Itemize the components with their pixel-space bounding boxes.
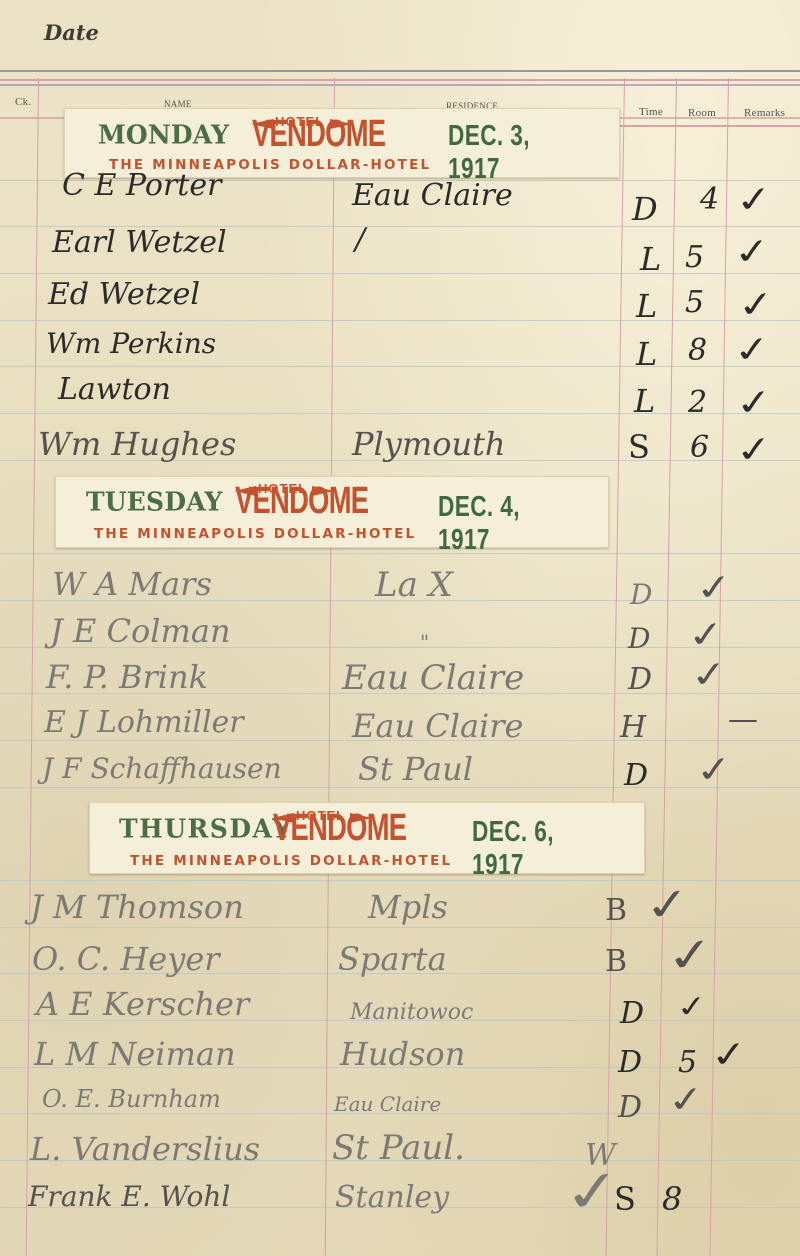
label-hotel-name: VENDOME	[273, 807, 406, 850]
entry-name: A E Kerscher	[36, 985, 249, 1023]
check-mark-icon: ✓	[731, 328, 773, 373]
entry-name: E J Lohmiller	[44, 705, 244, 740]
label-date: DEC. 4, 1917	[438, 491, 571, 557]
entry-time: B	[605, 893, 627, 928]
entry-name: O. C. Heyer	[32, 940, 220, 978]
check-mark-icon: ✓	[642, 877, 694, 932]
column-header-room: Room	[688, 107, 716, 119]
check-mark-icon: ✓	[688, 653, 730, 698]
entry-time: B	[605, 944, 627, 979]
label-hotel-name: VENDOME	[235, 480, 368, 523]
label-date: DEC. 6, 1917	[472, 816, 606, 882]
hotel-label-thursday: THURSDAY HOTEL VENDOME DEC. 6, 1917 THE …	[89, 802, 645, 874]
entry-residence: Eau Claire	[352, 707, 523, 745]
entry-residence: Eau Claire	[352, 178, 513, 213]
check-mark-icon: ✓	[693, 566, 735, 611]
entry-name: J F Schaffhausen	[42, 752, 282, 785]
check-mark-icon: ✓	[663, 927, 718, 984]
date-heading: Date	[44, 20, 99, 45]
entry-time: S	[614, 1180, 636, 1218]
label-subtitle: THE MINNEAPOLIS DOLLAR-HOTEL	[130, 853, 452, 869]
check-mark-icon: ✓	[735, 283, 777, 328]
header-rule-second	[0, 84, 800, 86]
check-mark-icon: ✓	[733, 178, 775, 223]
entry-room: 8	[662, 1180, 682, 1218]
entry-time: L	[634, 382, 655, 420]
ledger-page: Date Ck. NAME RESIDENCE Time Room Remark…	[0, 0, 800, 1256]
check-mark-icon: ✓	[733, 428, 775, 473]
entry-room: 5	[685, 240, 704, 275]
label-date: DEC. 3, 1917	[448, 120, 581, 186]
entry-residence: Sparta	[338, 940, 447, 978]
entry-room: 6	[690, 430, 709, 465]
entry-residence: Hudson	[340, 1035, 465, 1073]
entry-name: L. Vanderslius	[30, 1130, 260, 1168]
header-rule-pink	[0, 79, 800, 81]
entry-time: D	[628, 662, 652, 697]
entry-name: Earl Wetzel	[52, 225, 227, 260]
column-header-remarks: Remarks	[744, 107, 785, 119]
entry-residence: Mpls	[368, 888, 448, 926]
entry-residence: Eau Claire	[334, 1092, 441, 1116]
entry-name: L M Neiman	[34, 1035, 236, 1073]
header-rule-top	[0, 70, 800, 72]
entry-time: L	[636, 287, 657, 325]
entry-time: D	[624, 758, 648, 793]
entry-residence: Eau Claire	[342, 658, 524, 698]
entry-time: D	[630, 578, 652, 611]
entry-room: 2	[688, 385, 707, 420]
entry-time: D	[618, 1090, 642, 1125]
entry-residence: St Paul	[358, 750, 473, 788]
entry-residence: /	[355, 222, 365, 257]
entry-residence: Plymouth	[352, 425, 506, 463]
check-mark-icon: ✓	[733, 381, 775, 426]
entry-residence: Manitowoc	[350, 1000, 473, 1025]
entry-time: L	[636, 335, 657, 373]
entry-residence: La X	[375, 565, 453, 605]
check-mark-icon: ✓	[731, 230, 773, 275]
entry-room: 8	[688, 333, 707, 368]
entry-name: C E Porter	[62, 168, 221, 203]
entry-time: D	[628, 622, 650, 655]
entry-name: Ed Wetzel	[48, 277, 200, 312]
entry-name: J E Colman	[50, 612, 231, 650]
entry-name: Frank E. Wohl	[28, 1180, 230, 1213]
entry-name: Wm Hughes	[38, 425, 236, 463]
entry-time: L	[640, 240, 661, 278]
entry-time: S	[628, 428, 650, 466]
entry-name: J M Thomson	[30, 888, 244, 926]
entry-room: 4	[700, 182, 719, 217]
entry-name: Wm Perkins	[46, 327, 216, 360]
check-mark-icon: ✓	[674, 988, 709, 1025]
entry-time: D	[618, 1045, 642, 1080]
check-mark-icon: ✓	[693, 748, 735, 793]
entry-residence: Stanley	[335, 1180, 449, 1215]
remark-dash: —	[728, 702, 758, 737]
entry-room: 5	[678, 1045, 697, 1080]
name-column-rule	[325, 78, 335, 1256]
entry-name: W A Mars	[52, 565, 212, 603]
label-day: MONDAY	[98, 119, 229, 149]
label-day: THURSDAY	[119, 813, 292, 843]
ck-column-rule	[26, 78, 39, 1256]
entry-residence: "	[420, 630, 429, 654]
header-rule-right	[620, 125, 800, 127]
entry-time: H	[620, 710, 646, 745]
entry-name: Lawton	[58, 372, 171, 407]
entry-time: D	[620, 996, 644, 1031]
entry-time: D	[632, 190, 658, 228]
hotel-label-tuesday: TUESDAY HOTEL VENDOME DEC. 4, 1917 THE M…	[55, 476, 609, 548]
label-subtitle: THE MINNEAPOLIS DOLLAR-HOTEL	[94, 526, 416, 542]
check-mark-icon: ✓	[685, 613, 727, 658]
entry-room: 5	[685, 285, 704, 320]
label-hotel-name: VENDOME	[252, 113, 385, 156]
check-mark-icon: ✓	[708, 1033, 750, 1078]
column-header-time: Time	[639, 106, 663, 118]
entry-residence: St Paul.	[332, 1128, 465, 1168]
check-mark-icon: ✓	[665, 1078, 707, 1123]
label-day: TUESDAY	[86, 486, 223, 516]
column-header-ck: Ck.	[15, 96, 32, 108]
entry-name: O. E. Burnham	[42, 1085, 221, 1113]
entry-name: F. P. Brink	[46, 658, 208, 696]
